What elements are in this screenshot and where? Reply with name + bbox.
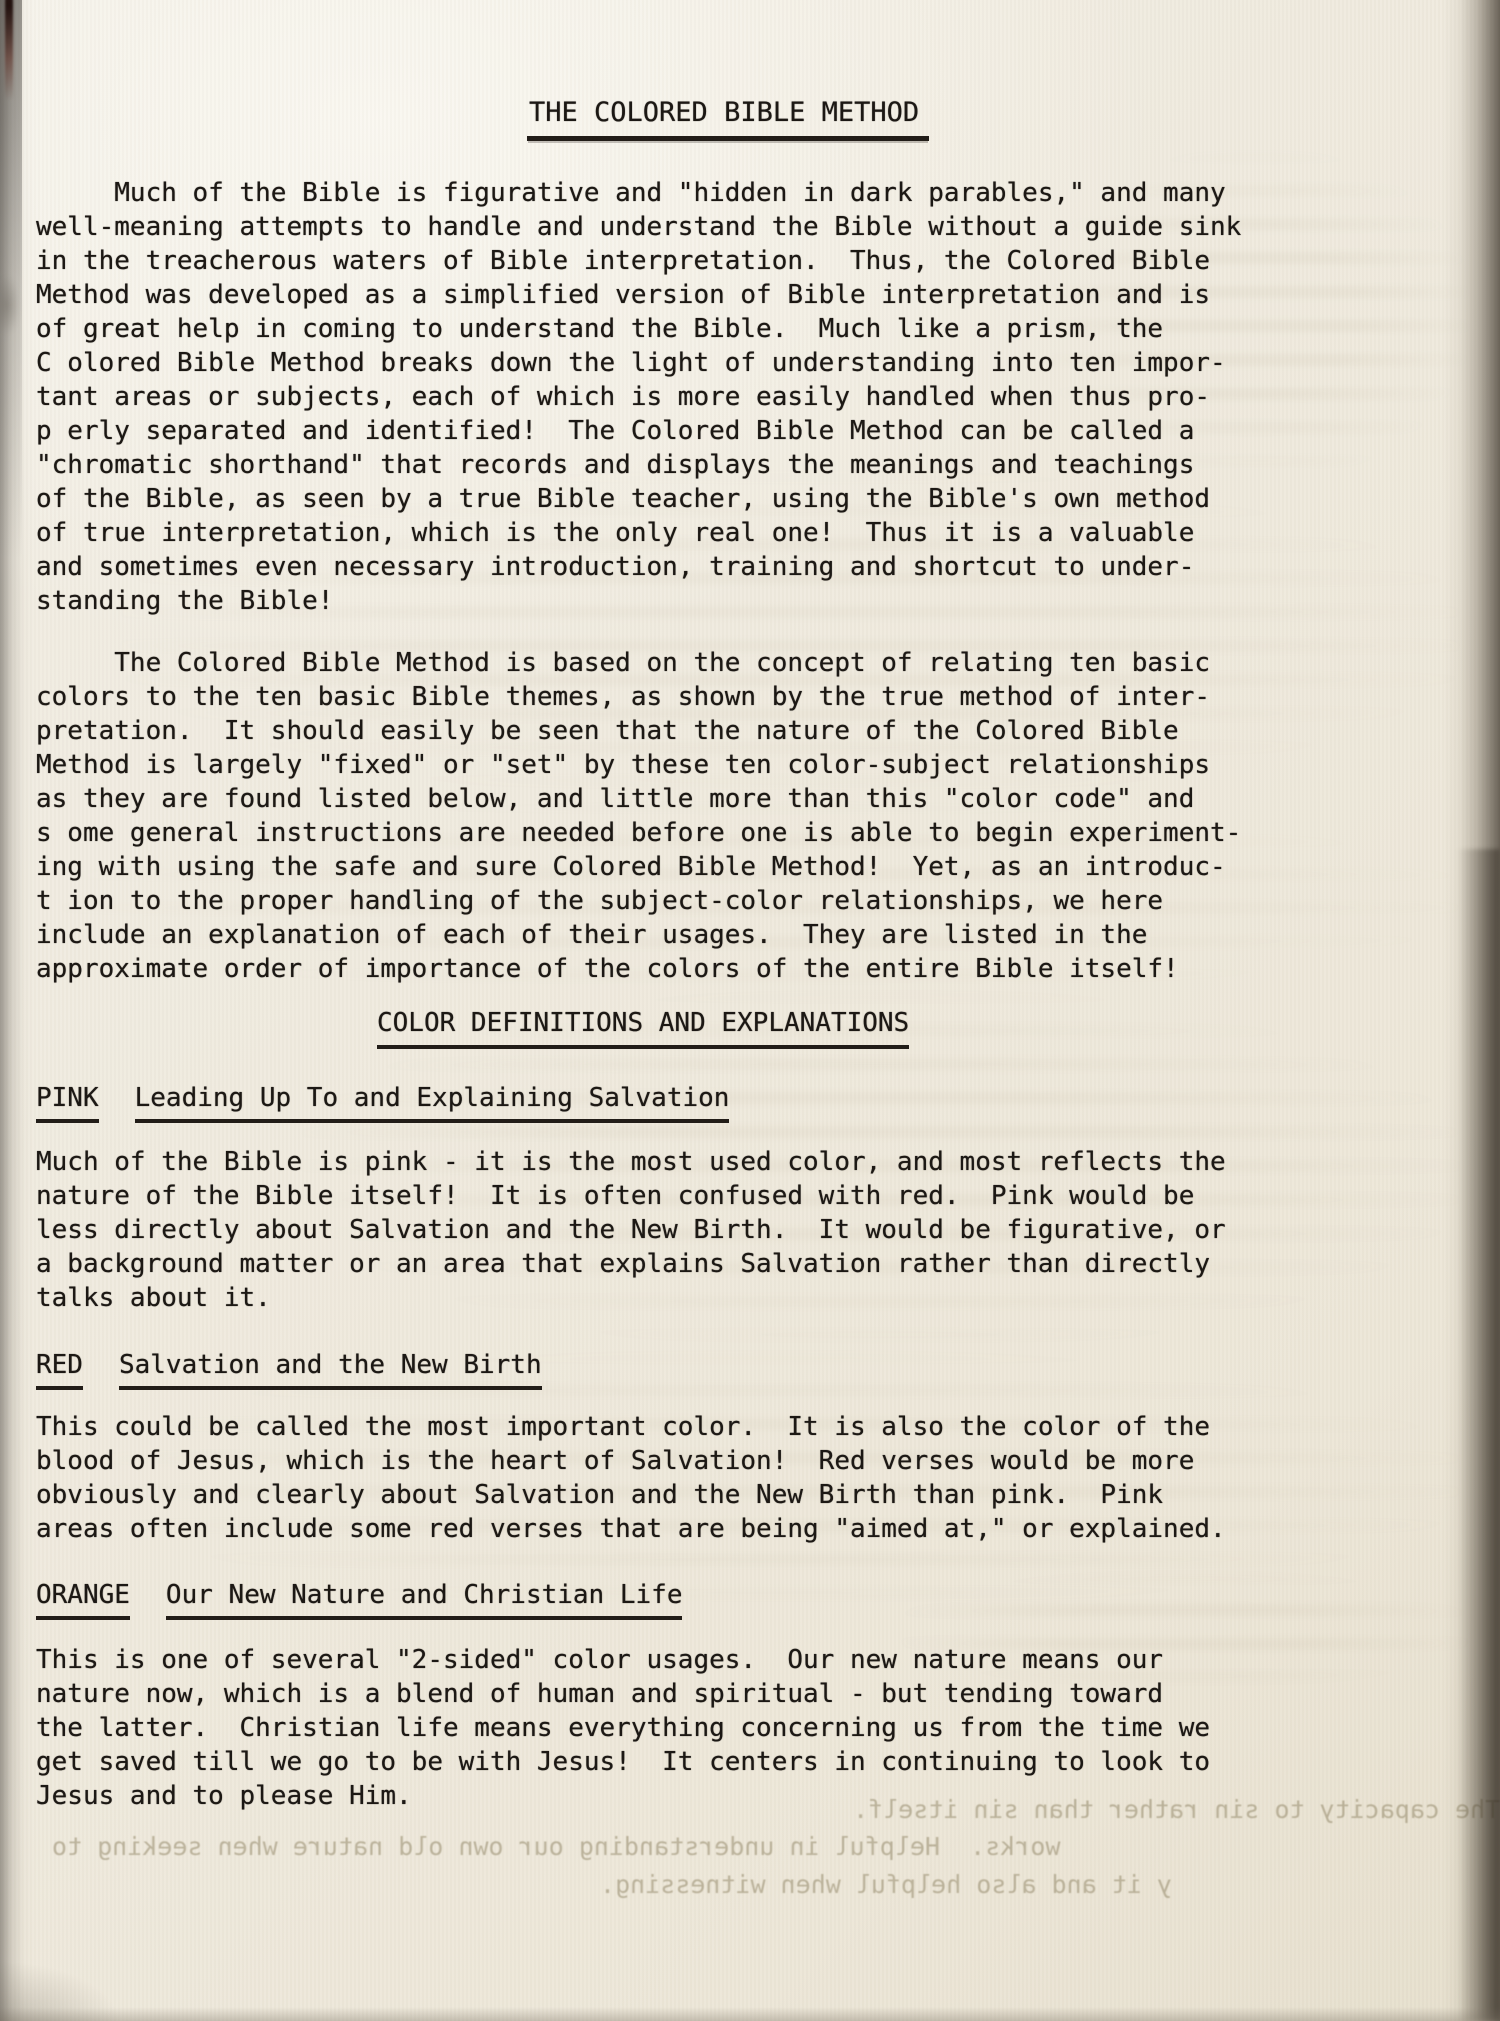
pink-paragraph: Much of the Bible is pink - it is the mo…	[36, 1145, 1226, 1315]
orange-paragraph: This is one of several "2-sided" color u…	[36, 1643, 1210, 1813]
heading-pink: PINKLeading Up To and Explaining Salvati…	[36, 1081, 729, 1123]
orange-color-label: ORANGE	[36, 1578, 130, 1620]
bleedthrough-line: y it and also helpful when witnessing.	[600, 1868, 1172, 1902]
red-paragraph: This could be called the most important …	[36, 1410, 1226, 1546]
page-title: THE COLORED BIBLE METHOD	[527, 96, 929, 141]
scanned-document-page: THE COLORED BIBLE METHOD Much of the Bib…	[0, 0, 1500, 2021]
scan-edge-streak	[5, 0, 13, 100]
pink-subtitle: Leading Up To and Explaining Salvation	[135, 1081, 730, 1123]
orange-subtitle: Our New Nature and Christian Life	[166, 1578, 683, 1620]
scan-right-lower-shadow	[1428, 849, 1500, 2021]
scan-edge-smudge	[0, 275, 20, 335]
section-heading-color-definitions: COLOR DEFINITIONS AND EXPLANATIONS	[377, 1006, 909, 1049]
intro-paragraph-2: The Colored Bible Method is based on the…	[36, 646, 1241, 986]
red-subtitle: Salvation and the New Birth	[119, 1348, 542, 1390]
scan-bottom-edge-shadow	[0, 2007, 1500, 2021]
intro-paragraph-1: Much of the Bible is figurative and "hid…	[36, 176, 1241, 618]
heading-red: REDSalvation and the New Birth	[36, 1348, 542, 1390]
heading-orange: ORANGEOur New Nature and Christian Life	[36, 1578, 682, 1620]
bleedthrough-line: works. Helpful in understanding our own …	[52, 1830, 1060, 1864]
pink-color-label: PINK	[36, 1081, 99, 1123]
red-color-label: RED	[36, 1348, 83, 1390]
bleedthrough-line: The capacity to sin rather than sin itse…	[853, 1793, 1500, 1827]
scan-bottom-left-corner-shadow	[0, 1961, 120, 2021]
